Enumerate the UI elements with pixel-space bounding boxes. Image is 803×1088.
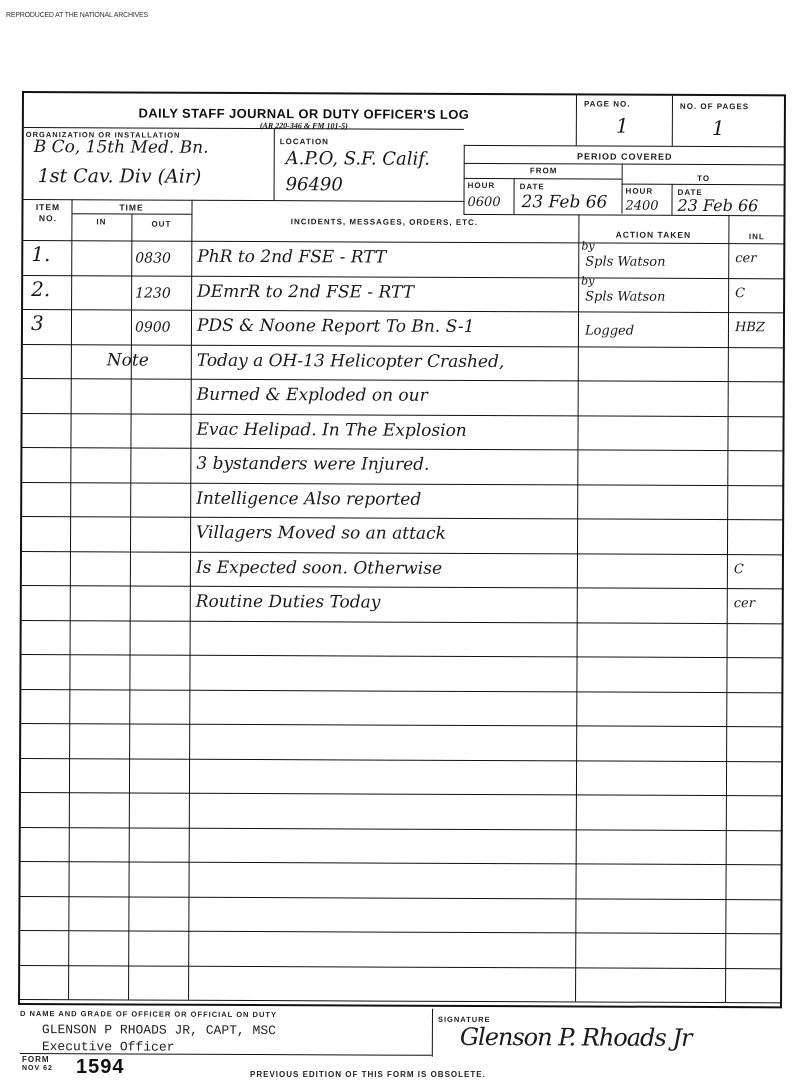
no-of-pages-label: NO. OF PAGES — [680, 102, 749, 111]
officer-name: GLENSON P RHOADS JR, CAPT, MSC — [42, 1022, 276, 1038]
action-taken: Spls Watson — [585, 289, 665, 304]
incident-text: 3 bystanders were Injured. — [196, 454, 429, 475]
organization-line1: B Co, 15th Med. Bn. — [34, 137, 209, 158]
time-out-label: OUT — [131, 219, 191, 228]
location-line2: 96490 — [286, 174, 343, 195]
incident-text: Is Expected soon. Otherwise — [196, 557, 442, 578]
action-taken-label: ACTION TAKEN — [578, 229, 728, 240]
table-row: 1.0830PhR to 2nd FSE - RTTbySpls Watsonc… — [23, 240, 785, 278]
table-row: Is Expected soon. OtherwiseC — [22, 551, 784, 589]
from-label: FROM — [464, 166, 624, 176]
form-word: FORM — [22, 1056, 50, 1064]
table-row: Villagers Moved so an attack — [22, 516, 784, 554]
location-label: LOCATION — [280, 137, 329, 146]
table-row: Intelligence Also reported — [22, 482, 784, 520]
from-date-value: 23 Feb 66 — [521, 192, 607, 212]
table-row: Burned & Exploded on our — [23, 378, 785, 416]
row-divider — [21, 758, 783, 762]
time-out: 1230 — [135, 285, 171, 301]
to-label: TO — [622, 174, 786, 184]
item-no: 1. — [31, 242, 50, 266]
incident-text: Today a OH-13 Helicopter Crashed, — [197, 350, 505, 371]
table-row: Routine Duties Todaycer — [22, 585, 784, 623]
time-out: 0900 — [135, 319, 171, 335]
duty-log-form: DAILY STAFF JOURNAL OR DUTY OFFICER'S LO… — [18, 91, 786, 1008]
row-divider — [21, 827, 783, 831]
row-divider — [21, 792, 783, 796]
location-line1: A.P.O, S.F. Calif. — [286, 148, 430, 170]
row-divider — [21, 723, 783, 727]
row-divider — [20, 999, 782, 1003]
incident-text: DEmrR to 2nd FSE - RTT — [197, 281, 414, 302]
from-hour-value: 0600 — [467, 195, 500, 210]
action-prefix: by — [581, 239, 594, 252]
initials: C — [735, 286, 745, 301]
table-row: 3 bystanders were Injured. — [22, 447, 784, 485]
initials: cer — [734, 596, 755, 611]
initials: C — [734, 562, 744, 577]
to-hour-label: HOUR — [626, 187, 654, 196]
row-divider — [20, 965, 782, 969]
action-prefix: by — [581, 274, 594, 287]
time-out: 0830 — [135, 250, 171, 266]
table-row: 2.1230DEmrR to 2nd FSE - RTTbySpls Watso… — [23, 275, 785, 313]
from-hour-label: HOUR — [468, 181, 496, 190]
row-divider — [21, 861, 783, 865]
row-divider — [20, 930, 782, 934]
inl-label: INL — [728, 232, 785, 241]
table-row: 30900PDS & Noone Report To Bn. S-1Logged… — [23, 309, 785, 347]
archive-stamp: REPRODUCED AT THE NATIONAL ARCHIVES — [6, 12, 148, 19]
officer-label: D NAME AND GRADE OF OFFICER OR OFFICIAL … — [20, 1009, 277, 1019]
officer-signature: Glenson P. Rhoads Jr — [460, 1023, 692, 1052]
row-divider — [22, 654, 784, 658]
incident-text: PDS & Noone Report To Bn. S-1 — [197, 316, 475, 337]
time-in-label: IN — [71, 217, 131, 226]
initials: cer — [735, 251, 756, 266]
item-no-label: ITEM NO. — [25, 202, 70, 224]
action-taken: Spls Watson — [585, 254, 665, 269]
incident-text: Routine Duties Today — [196, 592, 381, 613]
initials: HBZ — [735, 320, 765, 335]
incident-text: Burned & Exploded on our — [197, 385, 428, 406]
from-date-label: DATE — [520, 182, 545, 191]
incident-text: Villagers Moved so an attack — [196, 523, 446, 544]
page-no-label: PAGE NO. — [584, 99, 631, 108]
incident-text: Evac Helipad. In The Explosion — [196, 419, 466, 440]
form-date: NOV 62 — [22, 1065, 53, 1072]
table-row: NoteToday a OH-13 Helicopter Crashed, — [23, 344, 785, 382]
time-in: Note — [107, 350, 149, 370]
log-table: 1.0830PhR to 2nd FSE - RTTbySpls Watsonc… — [24, 93, 784, 96]
table-row: Evac Helipad. In The Explosion — [22, 413, 784, 451]
previous-edition-note: PREVIOUS EDITION OF THIS FORM IS OBSOLET… — [250, 1070, 486, 1079]
incident-text: Intelligence Also reported — [196, 488, 421, 509]
to-hour-value: 2400 — [625, 199, 658, 214]
action-taken: Logged — [585, 323, 634, 338]
period-covered-label: PERIOD COVERED — [464, 151, 786, 162]
row-divider — [21, 689, 783, 693]
item-no: 2. — [31, 277, 50, 301]
form-number: 1594 — [76, 1056, 125, 1079]
no-of-pages-value: 1 — [712, 116, 725, 140]
item-no: 3 — [31, 311, 44, 335]
to-date-value: 23 Feb 66 — [677, 196, 758, 215]
time-label: TIME — [71, 202, 191, 213]
organization-line2: 1st Cav. Div (Air) — [38, 165, 202, 188]
incidents-label: INCIDENTS, MESSAGES, ORDERS, ETC. — [191, 217, 577, 228]
incident-text: PhR to 2nd FSE - RTT — [197, 247, 386, 268]
row-divider — [20, 896, 782, 900]
page-no-value: 1 — [616, 114, 629, 138]
